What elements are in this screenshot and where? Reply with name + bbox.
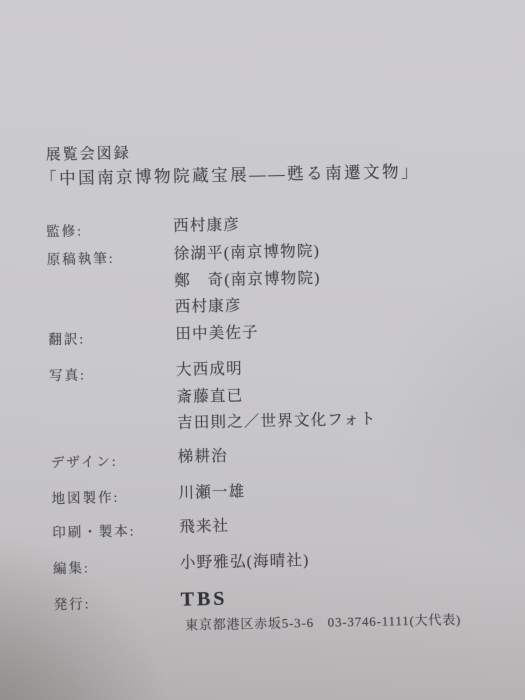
credit-row-map-production: 地図製作: 川瀬一雄 [6, 474, 525, 485]
credit-values: 徐湖平(南京博物院) 鄭 奇(南京博物院) 西村康彦 [173, 239, 321, 321]
credit-row-printing-binding: 印刷・製本: 飛来社 [7, 508, 525, 519]
credit-values: 田中美佐子 [175, 320, 259, 348]
credit-value: 斎藤直已 [176, 380, 376, 411]
credit-values: 大西成明 斎藤直已 吉田則之／世界文化フォト [176, 354, 377, 437]
credit-label: 地図製作: [51, 486, 119, 507]
credit-value: 梯耕治 [178, 444, 229, 472]
credit-row-design: デザイン: 梯耕治 [6, 438, 525, 449]
page-content: 展覧会図録 「中国南京博物院蔵宝展——甦る南遷文物」 監修: 西村康彦 原稿執筆… [0, 0, 525, 700]
credit-value: 西村康彦 [173, 212, 240, 240]
credit-label: 翻訳: [48, 328, 85, 349]
credit-label: 監修: [46, 220, 83, 241]
credit-value: 鄭 奇(南京博物院) [174, 265, 321, 294]
credit-value: 吉田則之／世界文化フォト [177, 407, 377, 438]
credit-value: 徐湖平(南京博物院) [173, 239, 320, 268]
credit-label: 印刷・製本: [52, 520, 136, 542]
publisher-name: TBS [180, 581, 460, 613]
credit-label: 原稿執筆: [47, 247, 115, 268]
credit-value: 飛来社 [179, 514, 230, 542]
catalog-type-heading: 展覧会図録 [45, 142, 130, 165]
credit-label: 発行: [53, 592, 90, 613]
credit-values: 川瀬一雄 [178, 479, 245, 507]
credit-values: 飛来社 [179, 514, 230, 542]
credit-row-editing: 編集: 小野雅弘(海晴社) [8, 544, 525, 555]
credit-row-publisher: 発行: TBS 東京都港区赤坂5-3-6 03-3746-1111(大代表) [8, 580, 525, 591]
credit-label: デザイン: [51, 450, 118, 471]
credit-label: 編集: [53, 556, 90, 577]
credit-label: 写真: [49, 364, 86, 385]
credit-value: 田中美佐子 [175, 320, 259, 348]
publisher-block: TBS 東京都港区赤坂5-3-6 03-3746-1111(大代表) [180, 581, 461, 635]
publisher-address: 東京都港区赤坂5-3-6 03-3746-1111(大代表) [185, 611, 461, 635]
photo-of-colophon-page: 展覧会図録 「中国南京博物院蔵宝展——甦る南遷文物」 監修: 西村康彦 原稿執筆… [0, 0, 525, 700]
credit-value: 西村康彦 [175, 292, 322, 321]
credit-values: 梯耕治 [178, 444, 229, 472]
credit-values: 西村康彦 [173, 212, 240, 240]
credit-value: 小野雅弘(海晴社) [180, 548, 310, 577]
credit-value: 大西成明 [176, 354, 376, 385]
credit-row-photography: 写真: 大西成明 斎藤直已 吉田則之／世界文化フォト [4, 351, 525, 362]
credit-values: 小野雅弘(海晴社) [180, 548, 310, 577]
credit-value: 川瀬一雄 [178, 479, 245, 507]
credit-row-supervision: 監修: 西村康彦 [1, 207, 525, 218]
